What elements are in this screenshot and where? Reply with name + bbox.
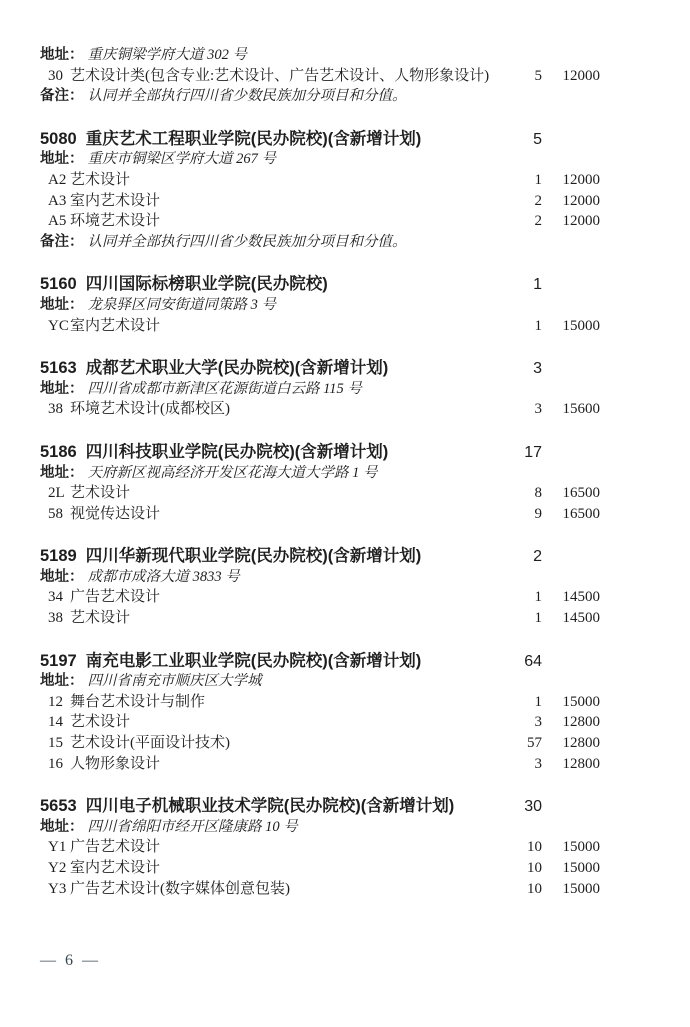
school-total: 3 bbox=[502, 359, 542, 380]
major-quota: 2 bbox=[502, 191, 542, 212]
major-code: 38 bbox=[48, 608, 70, 629]
major-code: A5 bbox=[48, 211, 70, 232]
school-total: 2 bbox=[502, 547, 542, 568]
major-row: 12 舞台艺术设计与制作 1 15000 bbox=[40, 692, 600, 713]
major-quota: 10 bbox=[502, 879, 542, 900]
major-name: 环境艺术设计(成都校区) bbox=[70, 399, 502, 420]
major-tuition: 12000 bbox=[542, 211, 600, 232]
school-section: 5197 南充电影工业职业学院(民办院校)(含新增计划) 64 地址： 四川省南… bbox=[40, 651, 600, 775]
major-name: 室内艺术设计 bbox=[70, 316, 502, 337]
school-header: 5160 四川国际标榜职业学院(民办院校) 1 bbox=[40, 274, 600, 295]
major-tuition: 15000 bbox=[542, 316, 600, 337]
address-line: 地址： 天府新区视高经济开发区花海大道大学路 1 号 bbox=[40, 463, 600, 484]
major-quota: 57 bbox=[502, 733, 542, 754]
school-total: 5 bbox=[502, 130, 542, 151]
school-name: 南充电影工业职业学院(民办院校)(含新增计划) bbox=[86, 651, 502, 672]
address-text: 四川省南充市顺庆区大学城 bbox=[88, 671, 601, 692]
major-quota: 1 bbox=[502, 316, 542, 337]
school-section: 5186 四川科技职业学院(民办院校)(含新增计划) 17 地址： 天府新区视高… bbox=[40, 442, 600, 524]
note-label: 备注： bbox=[40, 232, 84, 253]
school-name: 成都艺术职业大学(民办院校)(含新增计划) bbox=[86, 358, 502, 379]
note-line: 备注： 认同并全部执行四川省少数民族加分项目和分值。 bbox=[40, 232, 600, 253]
major-name: 艺术设计 bbox=[70, 608, 502, 629]
major-code: 2L bbox=[48, 483, 70, 504]
major-code: 38 bbox=[48, 399, 70, 420]
major-quota: 10 bbox=[502, 858, 542, 879]
school-code: 5160 bbox=[40, 274, 77, 295]
school-section: 5189 四川华新现代职业学院(民办院校)(含新增计划) 2 地址： 成都市成洛… bbox=[40, 546, 600, 628]
school-code: 5163 bbox=[40, 358, 77, 379]
major-tuition: 15000 bbox=[542, 837, 600, 858]
note-text: 认同并全部执行四川省少数民族加分项目和分值。 bbox=[88, 86, 601, 107]
major-code: 30 bbox=[48, 66, 70, 87]
major-name: 广告艺术设计 bbox=[70, 837, 502, 858]
school-header: 5189 四川华新现代职业学院(民办院校)(含新增计划) 2 bbox=[40, 546, 600, 567]
major-code: 34 bbox=[48, 587, 70, 608]
major-name: 环境艺术设计 bbox=[70, 211, 502, 232]
major-code: YC bbox=[48, 316, 70, 337]
major-row: 2L 艺术设计 8 16500 bbox=[40, 483, 600, 504]
major-row: 30 艺术设计类(包含专业:艺术设计、广告艺术设计、人物形象设计) 5 1200… bbox=[40, 66, 600, 87]
major-quota: 8 bbox=[502, 483, 542, 504]
school-code: 5653 bbox=[40, 796, 77, 817]
major-row: 58 视觉传达设计 9 16500 bbox=[40, 504, 600, 525]
major-row: 38 环境艺术设计(成都校区) 3 15600 bbox=[40, 399, 600, 420]
school-name: 四川国际标榜职业学院(民办院校) bbox=[86, 274, 502, 295]
major-tuition: 15000 bbox=[542, 858, 600, 879]
major-name: 室内艺术设计 bbox=[70, 858, 502, 879]
school-section: 5080 重庆艺术工程职业学院(民办院校)(含新增计划) 5 地址： 重庆市铜梁… bbox=[40, 129, 600, 253]
address-text: 成都市成洛大道 3833 号 bbox=[88, 567, 601, 588]
major-row: Y3 广告艺术设计(数字媒体创意包装) 10 15000 bbox=[40, 879, 600, 900]
school-name: 四川华新现代职业学院(民办院校)(含新增计划) bbox=[86, 546, 502, 567]
major-row: 34 广告艺术设计 1 14500 bbox=[40, 587, 600, 608]
major-tuition: 15000 bbox=[542, 692, 600, 713]
address-label: 地址： bbox=[40, 149, 84, 170]
address-label: 地址： bbox=[40, 817, 84, 838]
address-line: 地址： 重庆市铜梁区学府大道 267 号 bbox=[40, 149, 600, 170]
address-label: 地址： bbox=[40, 295, 84, 316]
address-label: 地址： bbox=[40, 463, 84, 484]
school-total: 64 bbox=[502, 652, 542, 673]
major-quota: 1 bbox=[502, 608, 542, 629]
major-row: A2 艺术设计 1 12000 bbox=[40, 170, 600, 191]
major-tuition: 12800 bbox=[542, 754, 600, 775]
address-line: 地址： 成都市成洛大道 3833 号 bbox=[40, 567, 600, 588]
major-row: 14 艺术设计 3 12800 bbox=[40, 712, 600, 733]
major-name: 艺术设计类(包含专业:艺术设计、广告艺术设计、人物形象设计) bbox=[70, 66, 502, 87]
major-row: 16 人物形象设计 3 12800 bbox=[40, 754, 600, 775]
major-name: 艺术设计 bbox=[70, 170, 502, 191]
major-name: 广告艺术设计(数字媒体创意包装) bbox=[70, 879, 502, 900]
major-row: Y1 广告艺术设计 10 15000 bbox=[40, 837, 600, 858]
major-name: 视觉传达设计 bbox=[70, 504, 502, 525]
footer-page-number: 6 bbox=[65, 952, 73, 969]
major-name: 人物形象设计 bbox=[70, 754, 502, 775]
school-section: 5163 成都艺术职业大学(民办院校)(含新增计划) 3 地址： 四川省成都市新… bbox=[40, 358, 600, 420]
address-text: 天府新区视高经济开发区花海大道大学路 1 号 bbox=[88, 463, 601, 484]
address-text: 四川省绵阳市经开区隆康路 10 号 bbox=[88, 817, 601, 838]
major-code: 14 bbox=[48, 712, 70, 733]
major-tuition: 16500 bbox=[542, 483, 600, 504]
major-code: 16 bbox=[48, 754, 70, 775]
school-total: 1 bbox=[502, 275, 542, 296]
major-code: A3 bbox=[48, 191, 70, 212]
major-code: A2 bbox=[48, 170, 70, 191]
major-code: Y2 bbox=[48, 858, 70, 879]
school-code: 5189 bbox=[40, 546, 77, 567]
major-quota: 10 bbox=[502, 837, 542, 858]
school-header: 5186 四川科技职业学院(民办院校)(含新增计划) 17 bbox=[40, 442, 600, 463]
school-name: 四川电子机械职业技术学院(民办院校)(含新增计划) bbox=[86, 796, 502, 817]
major-tuition: 12000 bbox=[542, 66, 600, 87]
major-tuition: 12000 bbox=[542, 170, 600, 191]
major-quota: 1 bbox=[502, 692, 542, 713]
school-code: 5197 bbox=[40, 651, 77, 672]
school-code: 5080 bbox=[40, 129, 77, 150]
school-name: 重庆艺术工程职业学院(民办院校)(含新增计划) bbox=[86, 129, 502, 150]
address-text: 重庆市铜梁区学府大道 267 号 bbox=[88, 149, 601, 170]
address-label: 地址： bbox=[40, 45, 84, 66]
major-code: Y3 bbox=[48, 879, 70, 900]
major-tuition: 14500 bbox=[542, 608, 600, 629]
major-code: 58 bbox=[48, 504, 70, 525]
school-section: 地址： 重庆铜梁学府大道 302 号 30 艺术设计类(包含专业:艺术设计、广告… bbox=[40, 45, 600, 107]
major-tuition: 12800 bbox=[542, 733, 600, 754]
major-row: YC 室内艺术设计 1 15000 bbox=[40, 316, 600, 337]
major-name: 艺术设计 bbox=[70, 483, 502, 504]
major-tuition: 12800 bbox=[542, 712, 600, 733]
major-name: 室内艺术设计 bbox=[70, 191, 502, 212]
major-row: 15 艺术设计(平面设计技术) 57 12800 bbox=[40, 733, 600, 754]
major-quota: 3 bbox=[502, 754, 542, 775]
address-label: 地址： bbox=[40, 671, 84, 692]
major-code: 12 bbox=[48, 692, 70, 713]
address-label: 地址： bbox=[40, 379, 84, 400]
address-line: 地址： 龙泉驿区同安街道同策路 3 号 bbox=[40, 295, 600, 316]
address-line: 地址： 四川省成都市新津区花源街道白云路 115 号 bbox=[40, 379, 600, 400]
major-row: A5 环境艺术设计 2 12000 bbox=[40, 211, 600, 232]
major-quota: 1 bbox=[502, 170, 542, 191]
address-line: 地址： 重庆铜梁学府大道 302 号 bbox=[40, 45, 600, 66]
address-line: 地址： 四川省绵阳市经开区隆康路 10 号 bbox=[40, 817, 600, 838]
school-name: 四川科技职业学院(民办院校)(含新增计划) bbox=[86, 442, 502, 463]
address-label: 地址： bbox=[40, 567, 84, 588]
major-tuition: 14500 bbox=[542, 587, 600, 608]
address-text: 四川省成都市新津区花源街道白云路 115 号 bbox=[88, 379, 601, 400]
note-line: 备注： 认同并全部执行四川省少数民族加分项目和分值。 bbox=[40, 86, 600, 107]
major-name: 广告艺术设计 bbox=[70, 587, 502, 608]
school-total: 30 bbox=[502, 797, 542, 818]
school-code: 5186 bbox=[40, 442, 77, 463]
school-total: 17 bbox=[502, 443, 542, 464]
major-tuition: 15600 bbox=[542, 399, 600, 420]
footer-dash-right: — bbox=[82, 952, 98, 969]
major-row: 38 艺术设计 1 14500 bbox=[40, 608, 600, 629]
major-quota: 1 bbox=[502, 587, 542, 608]
major-quota: 5 bbox=[502, 66, 542, 87]
note-label: 备注： bbox=[40, 86, 84, 107]
major-quota: 2 bbox=[502, 211, 542, 232]
school-section: 5653 四川电子机械职业技术学院(民办院校)(含新增计划) 30 地址： 四川… bbox=[40, 796, 600, 899]
major-name: 艺术设计 bbox=[70, 712, 502, 733]
major-quota: 3 bbox=[502, 399, 542, 420]
school-header: 5653 四川电子机械职业技术学院(民办院校)(含新增计划) 30 bbox=[40, 796, 600, 817]
major-row: Y2 室内艺术设计 10 15000 bbox=[40, 858, 600, 879]
school-header: 5197 南充电影工业职业学院(民办院校)(含新增计划) 64 bbox=[40, 651, 600, 672]
page-footer: —6— bbox=[40, 952, 107, 970]
major-name: 艺术设计(平面设计技术) bbox=[70, 733, 502, 754]
major-quota: 9 bbox=[502, 504, 542, 525]
note-text: 认同并全部执行四川省少数民族加分项目和分值。 bbox=[88, 232, 601, 253]
address-line: 地址： 四川省南充市顺庆区大学城 bbox=[40, 671, 600, 692]
major-row: A3 室内艺术设计 2 12000 bbox=[40, 191, 600, 212]
major-quota: 3 bbox=[502, 712, 542, 733]
major-tuition: 16500 bbox=[542, 504, 600, 525]
major-code: Y1 bbox=[48, 837, 70, 858]
address-text: 龙泉驿区同安街道同策路 3 号 bbox=[88, 295, 601, 316]
school-header: 5080 重庆艺术工程职业学院(民办院校)(含新增计划) 5 bbox=[40, 129, 600, 150]
major-code: 15 bbox=[48, 733, 70, 754]
school-section: 5160 四川国际标榜职业学院(民办院校) 1 地址： 龙泉驿区同安街道同策路 … bbox=[40, 274, 600, 336]
footer-dash-left: — bbox=[40, 952, 56, 969]
major-tuition: 15000 bbox=[542, 879, 600, 900]
school-header: 5163 成都艺术职业大学(民办院校)(含新增计划) 3 bbox=[40, 358, 600, 379]
major-name: 舞台艺术设计与制作 bbox=[70, 692, 502, 713]
document-body: 地址： 重庆铜梁学府大道 302 号 30 艺术设计类(包含专业:艺术设计、广告… bbox=[40, 45, 600, 899]
major-tuition: 12000 bbox=[542, 191, 600, 212]
address-text: 重庆铜梁学府大道 302 号 bbox=[88, 45, 601, 66]
